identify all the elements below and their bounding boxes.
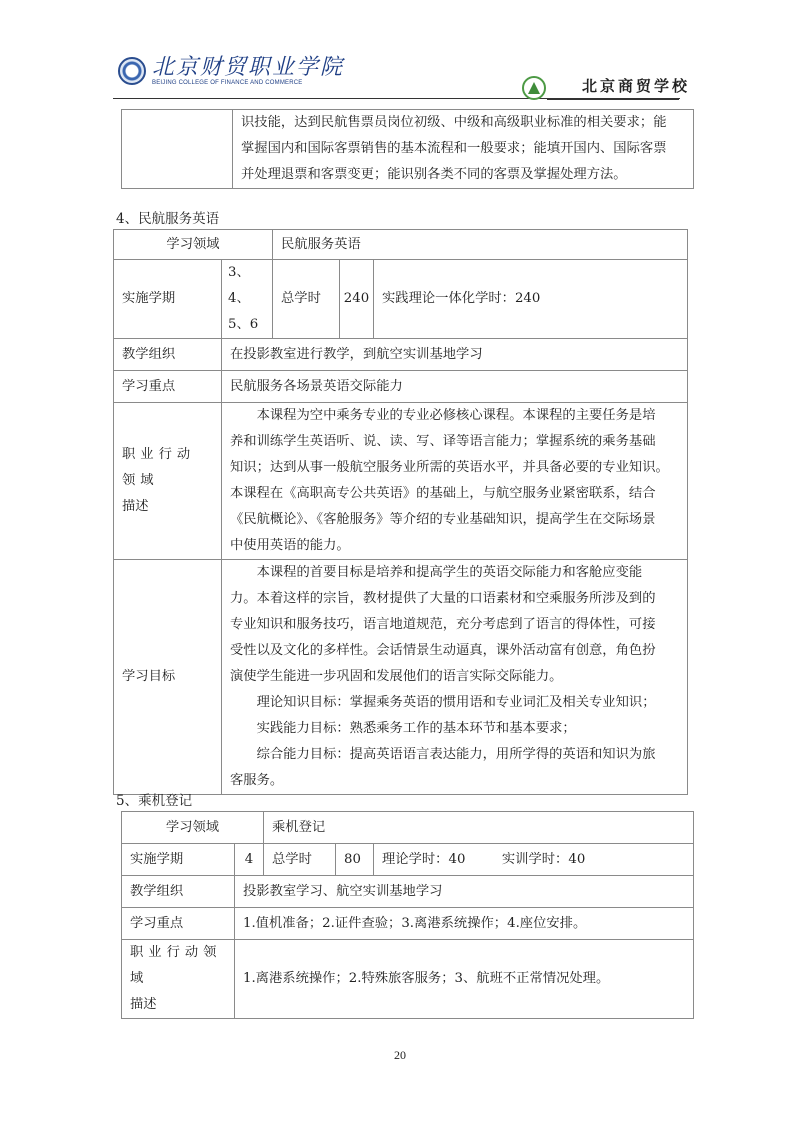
- org-value: 在投影教室进行教学，到航空实训基地学习: [222, 339, 688, 371]
- field-value: 民航服务英语: [273, 230, 688, 260]
- college-logo: 北京财贸职业学院 BEIJING COLLEGE OF FINANCE AND …: [118, 56, 344, 86]
- text-line: 演使学生能进一步巩固和发展他们的语言实际交际能力。: [230, 664, 679, 690]
- theory-hours: 理论学时：40: [382, 852, 465, 867]
- continuation-label-cell: [122, 110, 233, 189]
- desc-label-line: 职业行动领域: [122, 442, 213, 494]
- term-value: 4: [235, 844, 264, 876]
- college-name-en: BEIJING COLLEGE OF FINANCE AND COMMERCE: [152, 80, 344, 86]
- section-4-table: 学习领域 民航服务英语 实施学期 3、4、 5、6 总学时 240 实践理论一体…: [113, 229, 688, 795]
- term-value: 3、4、 5、6: [222, 260, 273, 339]
- desc-label-line: 描述: [122, 494, 213, 520]
- desc-label: 职业行动领域 描述: [122, 940, 235, 1019]
- focus-value: 1.值机准备；2.证件查验；3.离港系统操作；4.座位安排。: [235, 908, 694, 940]
- text-line: 掌握国内和国际客票销售的基本流程和一般要求；能填开国内、国际客票: [241, 136, 685, 162]
- term-label: 实施学期: [122, 844, 235, 876]
- desc-value: 本课程为空中乘务专业的专业必修核心课程。本课程的主要任务是培 养和训练学生英语听…: [222, 403, 688, 560]
- text-line: 本课程在《高职高专公共英语》的基础上，与航空服务业紧密联系，结合: [230, 481, 679, 507]
- goal-label: 学习目标: [114, 560, 222, 795]
- term-line: 3、4、: [228, 260, 266, 312]
- text-line: 理论知识目标：掌握乘务英语的惯用语和专业词汇及相关专业知识；: [230, 690, 679, 716]
- section-4-title: 4、民航服务英语: [116, 207, 219, 227]
- hours-label: 总学时: [264, 844, 336, 876]
- text-line: 本课程的首要目标是培养和提高学生的英语交际能力和客舱应变能: [230, 560, 679, 586]
- continuation-table: 识技能，达到民航售票员岗位初级、中级和高级职业标准的相关要求；能 掌握国内和国际…: [121, 109, 694, 189]
- text-line: 识技能，达到民航售票员岗位初级、中级和高级职业标准的相关要求；能: [241, 110, 685, 136]
- text-line: 中使用英语的能力。: [230, 533, 679, 559]
- page-number: 20: [0, 1048, 800, 1063]
- hours-label: 总学时: [273, 260, 340, 339]
- term-label: 实施学期: [114, 260, 222, 339]
- org-value: 投影教室学习、航空实训基地学习: [235, 876, 694, 908]
- text-line: 综合能力目标：提高英语语言表达能力，用所学得的英语和知识为旅: [230, 742, 679, 768]
- org-label: 教学组织: [122, 876, 235, 908]
- text-line: 专业知识和服务技巧，语言地道规范，充分考虑到了语言的得体性，可接: [230, 612, 679, 638]
- field-value: 乘机登记: [264, 812, 694, 844]
- school-underline: [547, 99, 679, 100]
- text-line: 本课程为空中乘务专业的专业必修核心课程。本课程的主要任务是培: [230, 403, 679, 429]
- text-line: 受性以及文化的多样性。会话情景生动逼真，课外活动富有创意，角色扮: [230, 638, 679, 664]
- hours-detail: 实践理论一体化学时：240: [374, 260, 688, 339]
- college-name-cn: 北京财贸职业学院: [152, 56, 344, 80]
- desc-value: 1.离港系统操作；2.特殊旅客服务；3、航班不正常情况处理。: [235, 940, 694, 1019]
- continuation-text-cell: 识技能，达到民航售票员岗位初级、中级和高级职业标准的相关要求；能 掌握国内和国际…: [233, 110, 694, 189]
- hours-detail: 理论学时：40 实训学时：40: [374, 844, 694, 876]
- text-line: 实践能力目标：熟悉乘务工作的基本环节和基本要求；: [230, 716, 679, 742]
- section-5-table: 学习领域 乘机登记 实施学期 4 总学时 80 理论学时：40 实训学时：40 …: [121, 811, 694, 1019]
- text-line: 力。本着这样的宗旨，教材提供了大量的口语素材和空乘服务所涉及到的: [230, 586, 679, 612]
- college-emblem-icon: [118, 57, 146, 85]
- field-label: 学习领域: [122, 812, 264, 844]
- hours-value: 80: [336, 844, 374, 876]
- desc-label: 职业行动领域 描述: [114, 403, 222, 560]
- text-line: 并处理退票和客票变更；能识别各类不同的客票及掌握处理方法。: [241, 162, 685, 188]
- hours-value: 240: [340, 260, 374, 339]
- focus-label: 学习重点: [114, 371, 222, 403]
- school-name: 北京商贸学校: [582, 75, 690, 96]
- section-5-title: 5、乘机登记: [116, 789, 192, 809]
- desc-label-line: 职业行动领域: [130, 940, 226, 992]
- tree-emblem-icon: [522, 76, 546, 100]
- focus-value: 民航服务各场景英语交际能力: [222, 371, 688, 403]
- org-label: 教学组织: [114, 339, 222, 371]
- field-label: 学习领域: [114, 230, 273, 260]
- term-line: 5、6: [228, 312, 266, 338]
- focus-label: 学习重点: [122, 908, 235, 940]
- text-line: 养和训练学生英语听、说、读、写、译等语言能力；掌握系统的乘务基础: [230, 429, 679, 455]
- desc-label-line: 描述: [130, 992, 226, 1018]
- text-line: 知识；达到从事一般航空服务业所需的英语水平，并具备必要的专业知识。: [230, 455, 679, 481]
- text-line: 《民航概论》、《客舱服务》等介绍的专业基础知识，提高学生在交际场景: [230, 507, 679, 533]
- goal-value: 本课程的首要目标是培养和提高学生的英语交际能力和客舱应变能 力。本着这样的宗旨，…: [222, 560, 688, 795]
- text-line: 客服务。: [230, 768, 679, 794]
- practice-hours: 实训学时：40: [502, 852, 585, 867]
